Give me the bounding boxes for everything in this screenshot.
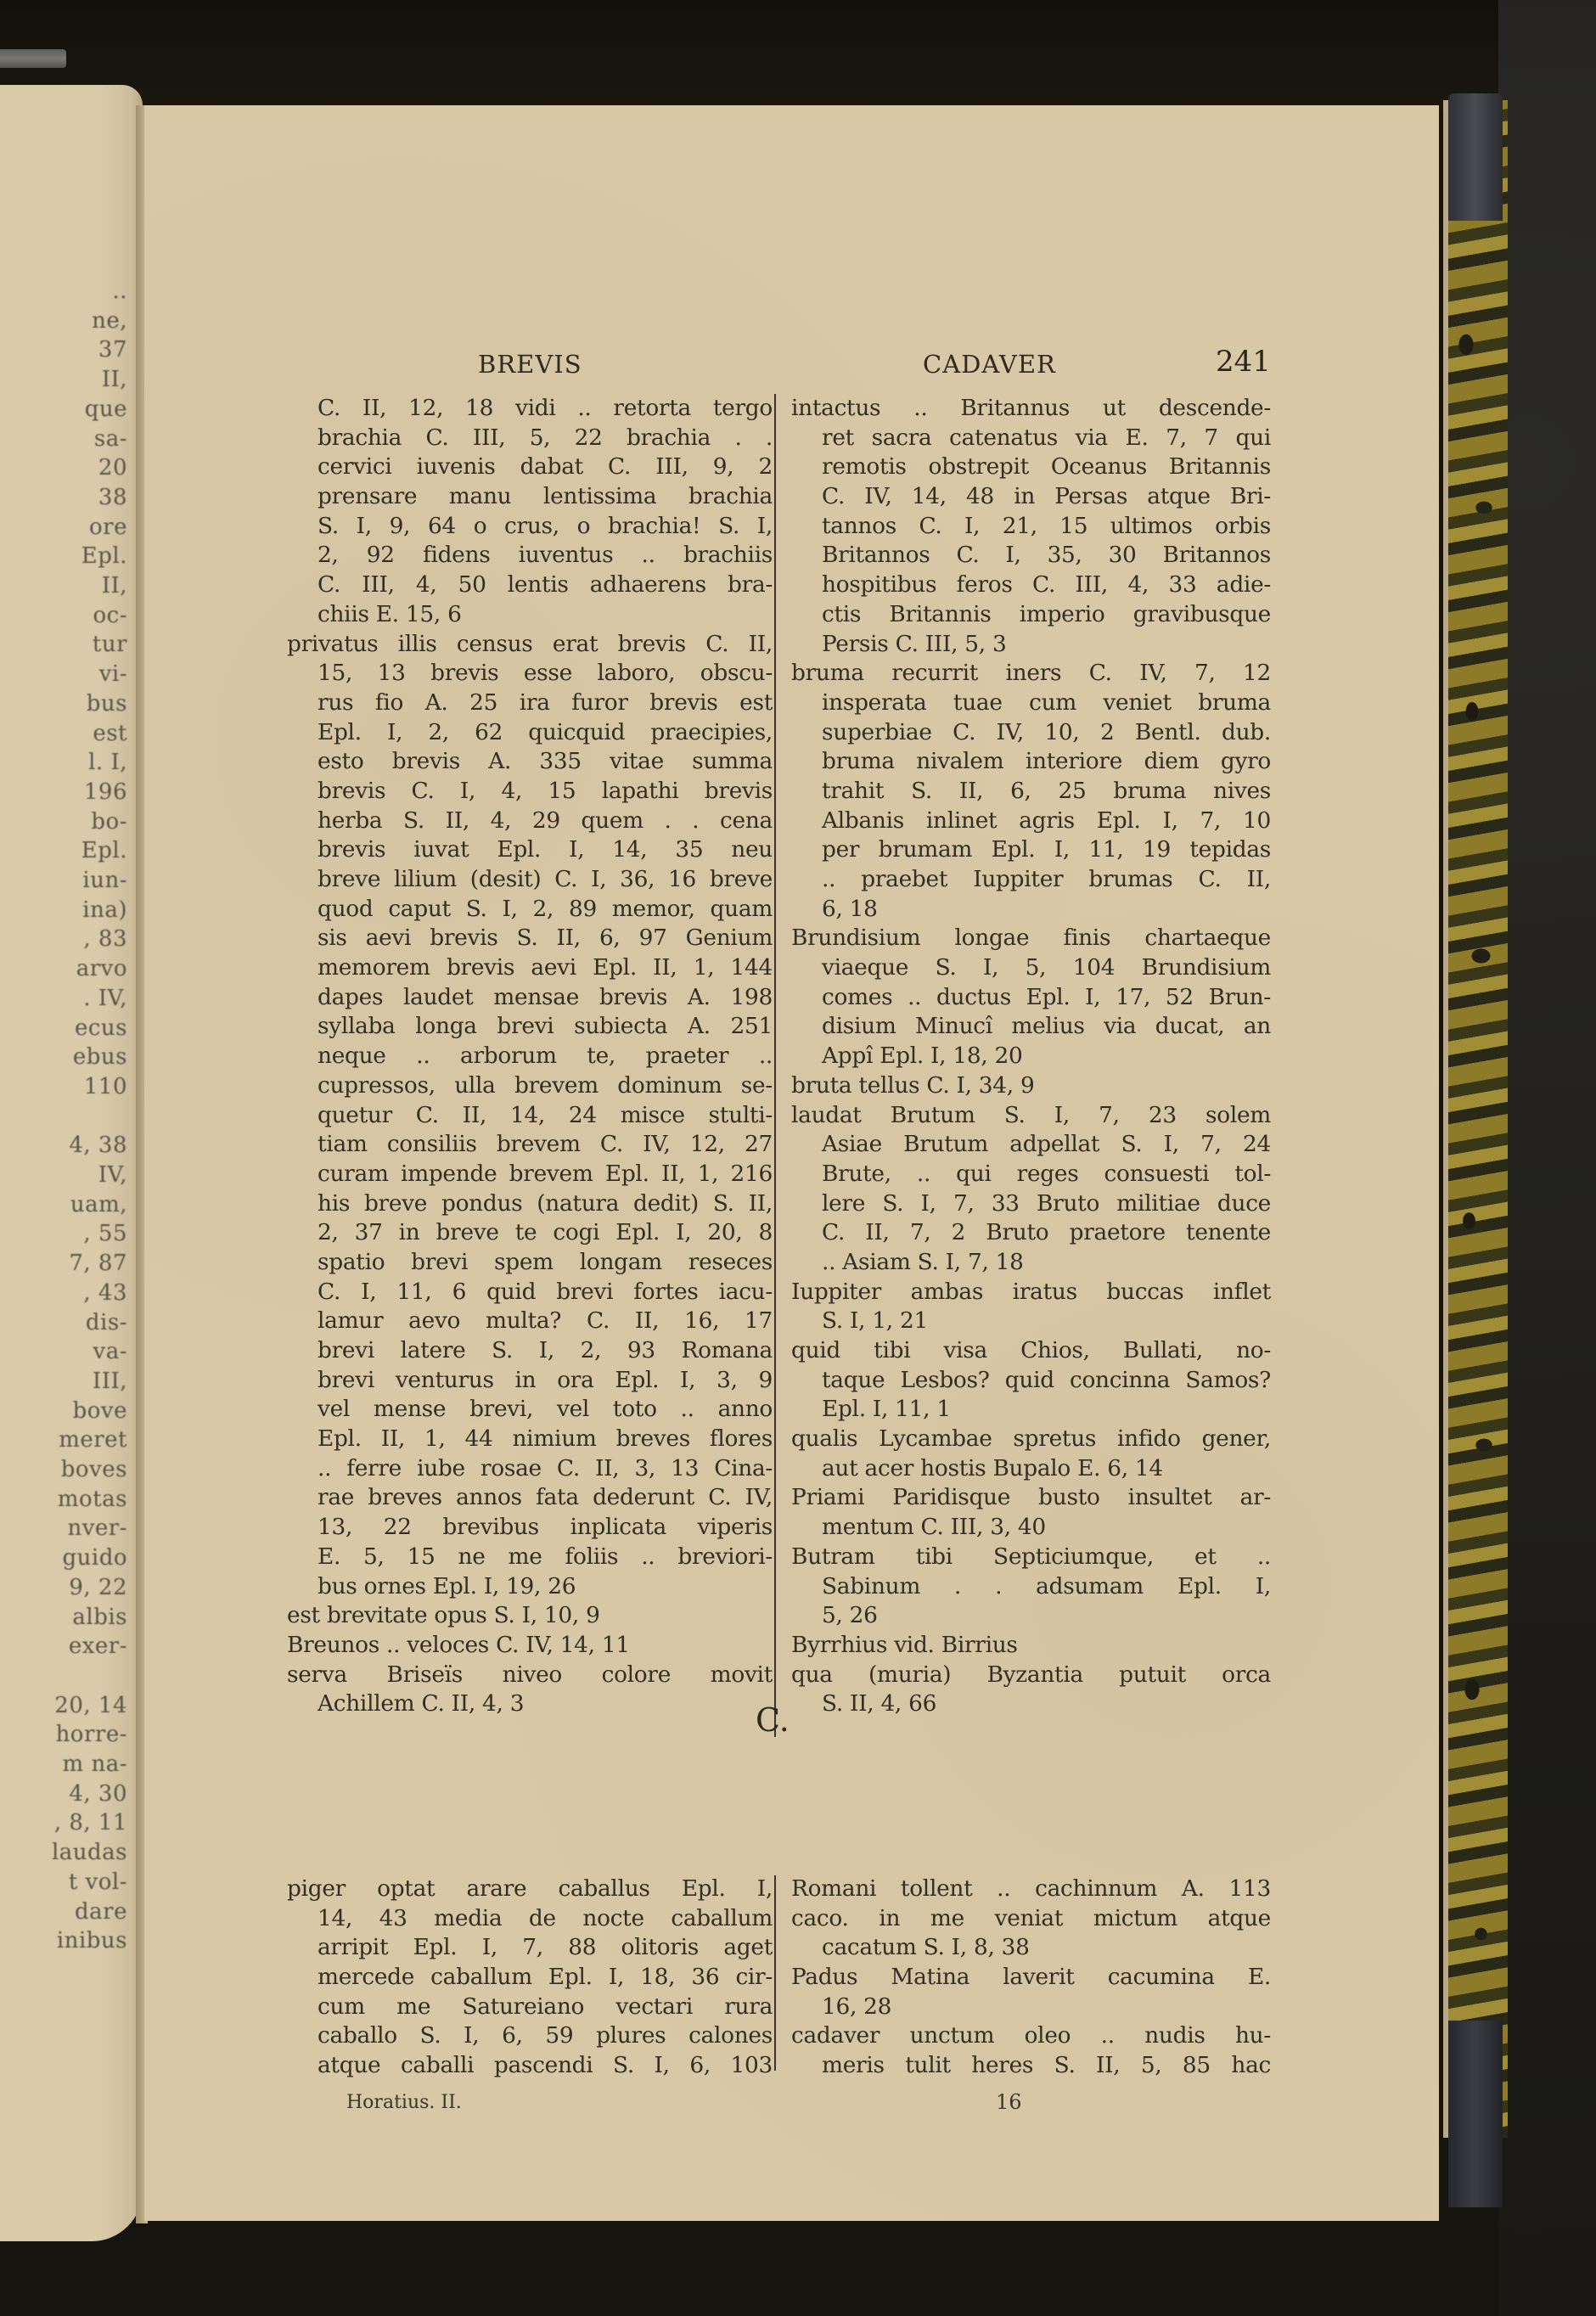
facing-page-text-fragment: 110 xyxy=(84,1074,127,1099)
text-line: Brute, .. qui reges consuesti tol- xyxy=(791,1160,1271,1189)
text-line: caco. in me veniat mictum atque xyxy=(791,1904,1271,1934)
column-rule-top xyxy=(774,394,776,1737)
text-line: cervici iuvenis dabat C. III, 9, 2 xyxy=(287,453,773,482)
text-line: vel mense brevi, vel toto .. anno xyxy=(287,1395,773,1425)
text-line: quetur C. II, 14, 24 misce stulti- xyxy=(287,1101,773,1131)
facing-page-text-fragment: m na- xyxy=(63,1751,127,1777)
page-number: 241 xyxy=(1216,345,1271,379)
facing-page-text-fragment: nver- xyxy=(67,1515,127,1541)
text-line: taque Lesbos? quid concinna Samos? xyxy=(791,1366,1271,1396)
text-line: curam impende brevem Epl. II, 1, 216 xyxy=(287,1160,773,1189)
text-line: neque .. arborum te, praeter .. xyxy=(287,1042,773,1071)
facing-page-text-fragment: oc- xyxy=(93,603,128,628)
text-line: qua (muria) Byzantia putuit orca xyxy=(791,1661,1271,1690)
text-line: 2, 92 fidens iuventus .. brachiis xyxy=(287,541,773,571)
column-left-bottom: piger optat arare caballus Epl. I,14, 43… xyxy=(287,1875,773,2081)
text-line: Britannos C. I, 35, 30 Britannos xyxy=(791,541,1271,571)
facing-page-text-fragment: ina) xyxy=(82,897,127,923)
facing-page-text-fragment: guido xyxy=(62,1545,127,1571)
text-line: lamur aevo multa? C. II, 16, 17 xyxy=(287,1307,773,1336)
text-line: bruma recurrit iners C. IV, 7, 12 xyxy=(791,659,1271,689)
facing-page-text-fragment: tur xyxy=(93,632,127,657)
text-line: S. I, 9, 64 o crus, o brachia! S. I, xyxy=(287,512,773,542)
footer-signature: Horatius. II. xyxy=(346,2092,462,2113)
text-line: 2, 37 in breve te cogi Epl. I, 20, 8 xyxy=(287,1218,773,1248)
text-line: .. praebet Iuppiter brumas C. II, xyxy=(791,865,1271,895)
text-line: Sabinum . . adsumam Epl. I, xyxy=(791,1572,1271,1602)
text-line: lere S. I, 7, 33 Bruto militiae duce xyxy=(791,1189,1271,1219)
text-line: Persis C. III, 5, 3 xyxy=(791,630,1271,660)
text-line: meris tulit heres S. II, 5, 85 hac xyxy=(791,2051,1271,2081)
text-line: piger optat arare caballus Epl. I, xyxy=(287,1875,773,1904)
text-line: cadaver unctum oleo .. nudis hu- xyxy=(791,2021,1271,2051)
facing-page-text-fragment: , 43 xyxy=(83,1280,127,1306)
facing-page-text-fragment: , 83 xyxy=(83,926,127,952)
facing-page-text-fragment: laudas xyxy=(52,1840,127,1865)
section-letter-heading: C. xyxy=(756,1701,790,1739)
text-line: Achillem C. II, 4, 3 xyxy=(287,1689,773,1719)
facing-page-text-fragment: inibus xyxy=(57,1928,127,1953)
text-line: esto brevis A. 335 vitae summa xyxy=(287,747,773,777)
facing-page-text-fragment: horre- xyxy=(56,1722,127,1747)
column-right-bottom: Romani tollent .. cachinnum A. 113caco. … xyxy=(791,1875,1271,2081)
text-line: Butram tibi Septiciumque, et .. xyxy=(791,1543,1271,1572)
text-line: cupressos, ulla brevem dominum se- xyxy=(287,1071,773,1101)
facing-page-text-fragment: II, xyxy=(102,573,127,599)
text-line: Byrrhius vid. Birrius xyxy=(791,1631,1271,1661)
text-line: sis aevi brevis S. II, 6, 97 Genium xyxy=(287,924,773,953)
text-line: insperata tuae cum veniet bruma xyxy=(791,689,1271,718)
text-line: Epl. I, 11, 1 xyxy=(791,1395,1271,1425)
text-line: Asiae Brutum adpellat S. I, 7, 24 xyxy=(791,1130,1271,1160)
text-line: S. I, 1, 21 xyxy=(791,1307,1271,1336)
running-head-right: CADAVER xyxy=(923,350,1056,379)
text-line: 14, 43 media de nocte caballum xyxy=(287,1904,773,1934)
book-cover xyxy=(1498,0,1596,2316)
facing-page-left: ..ne,37II,quesa-2038oreEpl.II,oc-turvi-b… xyxy=(0,85,143,2241)
text-line: Romani tollent .. cachinnum A. 113 xyxy=(791,1875,1271,1904)
facing-page-text-fragment: ore xyxy=(89,514,127,540)
text-line: syllaba longa brevi subiecta A. 251 xyxy=(287,1012,773,1042)
facing-page-text-fragment: ebus xyxy=(73,1044,127,1070)
text-line: chiis E. 15, 6 xyxy=(287,600,773,630)
text-line: per brumam Epl. I, 11, 19 tepidas xyxy=(791,835,1271,865)
column-left-top: C. II, 12, 18 vidi .. retorta tergobrach… xyxy=(287,394,773,1719)
text-line: caballo S. I, 6, 59 plures calones xyxy=(287,2021,773,2051)
text-line: C. I, 11, 6 quid brevi fortes iacu- xyxy=(287,1278,773,1307)
facing-page-text-fragment: ecus xyxy=(75,1015,127,1041)
text-line: E. 5, 15 ne me foliis .. breviori- xyxy=(287,1543,773,1572)
text-line: bruta tellus C. I, 34, 9 xyxy=(791,1071,1271,1101)
text-line: rae breves annos fata dederunt C. IV, xyxy=(287,1483,773,1513)
facing-page-text-fragment: Epl. xyxy=(81,838,127,863)
text-line: Iuppiter ambas iratus buccas inflet xyxy=(791,1278,1271,1307)
text-line: C. II, 7, 2 Bruto praetore tenente xyxy=(791,1218,1271,1248)
text-line: brevis C. I, 4, 15 lapathi brevis xyxy=(287,777,773,807)
text-line: his breve pondus (natura dedit) S. II, xyxy=(287,1189,773,1219)
text-line: rus fio A. 25 ira furor brevis est xyxy=(287,689,773,718)
facing-page-text-fragment: sa- xyxy=(94,426,127,452)
text-line: qualis Lycambae spretus infido gener, xyxy=(791,1425,1271,1454)
text-line: bus ornes Epl. I, 19, 26 xyxy=(287,1572,773,1602)
text-line: Priami Paridisque busto insultet ar- xyxy=(791,1483,1271,1513)
text-line: tannos C. I, 21, 15 ultimos orbis xyxy=(791,512,1271,542)
text-line: intactus .. Britannus ut descende- xyxy=(791,394,1271,424)
facing-page-text-fragment: motas xyxy=(58,1487,127,1512)
facing-page-text-fragment: iun- xyxy=(82,868,127,893)
text-line: atque caballi pascendi S. I, 6, 103 xyxy=(287,2051,773,2081)
text-line: 15, 13 brevis esse laboro, obscu- xyxy=(287,659,773,689)
text-line: ctis Britannis imperio gravibusque xyxy=(791,600,1271,630)
facing-page-text-fragment: dis- xyxy=(86,1310,127,1335)
facing-page-text-fragment: vi- xyxy=(99,661,127,687)
text-line: privatus illis census erat brevis C. II, xyxy=(287,630,773,660)
running-head-left: BREVIS xyxy=(478,350,582,379)
facing-page-text-fragment: l. I, xyxy=(88,750,127,775)
text-line: bruma nivalem interiore diem gyro xyxy=(791,747,1271,777)
facing-page-text-fragment: 20 xyxy=(98,455,127,481)
text-line: viaeque S. I, 5, 104 Brundisium xyxy=(791,953,1271,983)
spine-bottom xyxy=(1448,2021,1503,2207)
text-line: serva Briseïs niveo colore movit xyxy=(287,1661,773,1690)
text-line: mercede caballum Epl. I, 18, 36 cir- xyxy=(287,1963,773,1993)
text-line: prensare manu lentissima brachia xyxy=(287,482,773,512)
text-line: C. IV, 14, 48 in Persas atque Bri- xyxy=(791,482,1271,512)
facing-page-text-fragment: III, xyxy=(93,1369,127,1394)
facing-page-text-fragment: est xyxy=(93,721,127,746)
text-line: superbiae C. IV, 10, 2 Bentl. dub. xyxy=(791,718,1271,748)
facing-page-text-fragment: . IV, xyxy=(83,986,127,1011)
text-line: cum me Satureiano vectari rura xyxy=(287,1993,773,2022)
facing-page-text-fragment: exer- xyxy=(69,1633,127,1659)
facing-page-text-fragment: t vol- xyxy=(69,1869,127,1895)
page-241: BREVIS CADAVER 241 C. II, 12, 18 vidi ..… xyxy=(144,105,1439,2221)
text-line: memorem brevis aevi Epl. II, 1, 144 xyxy=(287,953,773,983)
facing-page-text-fragment: uam, xyxy=(70,1192,127,1217)
text-line: S. II, 4, 66 xyxy=(791,1689,1271,1719)
facing-page-text-fragment: ne, xyxy=(92,308,127,334)
facing-page-text-fragment: 9, 22 xyxy=(69,1575,127,1600)
text-line: 5, 26 xyxy=(791,1601,1271,1631)
text-line: Brundisium longae finis chartaeque xyxy=(791,924,1271,953)
facing-page-text-fragment: va- xyxy=(93,1339,127,1364)
facing-page-text-fragment: bove xyxy=(73,1398,127,1424)
facing-page-text-fragment: , 55 xyxy=(83,1221,127,1246)
dark-background xyxy=(0,0,1596,110)
text-line: brevis iuvat Epl. I, 14, 35 neu xyxy=(287,835,773,865)
text-line: trahit S. II, 6, 25 bruma nives xyxy=(791,777,1271,807)
text-line: C. III, 4, 50 lentis adhaerens bra- xyxy=(287,571,773,600)
facing-page-text-fragment: 196 xyxy=(84,779,127,805)
text-line: .. ferre iube rosae C. II, 3, 13 Cina- xyxy=(287,1454,773,1484)
text-line: brevi latere S. I, 2, 93 Romana xyxy=(287,1336,773,1366)
text-line: Epl. I, 2, 62 quicquid praecipies, xyxy=(287,718,773,748)
text-line: 13, 22 brevibus inplicata viperis xyxy=(287,1513,773,1543)
text-line: Albanis inlinet agris Epl. I, 7, 10 xyxy=(791,807,1271,836)
marbled-page-edge xyxy=(1443,100,1508,2138)
facing-page-text-fragment: Epl. xyxy=(81,543,127,569)
text-line: est brevitate opus S. I, 10, 9 xyxy=(287,1601,773,1631)
text-line: remotis obstrepit Oceanus Britannis xyxy=(791,453,1271,482)
text-line: Epl. II, 1, 44 nimium breves flores xyxy=(287,1425,773,1454)
spine-top xyxy=(1448,93,1503,221)
text-line: brachia C. III, 5, 22 brachia . . xyxy=(287,424,773,453)
text-line: disium Minucî melius via ducat, an xyxy=(791,1012,1271,1042)
facing-page-text-fragment: albis xyxy=(72,1605,127,1630)
text-line: hospitibus feros C. III, 4, 33 adie- xyxy=(791,571,1271,600)
bookmark-ribbon xyxy=(0,49,66,68)
facing-page-text-fragment: arvo xyxy=(76,956,127,981)
column-rule-bottom xyxy=(774,1875,776,2071)
facing-page-text-fragment: bus xyxy=(87,691,127,717)
text-line: quid tibi visa Chios, Bullati, no- xyxy=(791,1336,1271,1366)
text-line: aut acer hostis Bupalo E. 6, 14 xyxy=(791,1454,1271,1484)
text-line: arripit Epl. I, 7, 88 olitoris aget xyxy=(287,1933,773,1963)
facing-page-text-fragment: 37 xyxy=(98,337,127,363)
text-line: Appî Epl. I, 18, 20 xyxy=(791,1042,1271,1071)
facing-page-text-fragment: dare xyxy=(75,1899,127,1925)
text-line: tiam consiliis brevem C. IV, 12, 27 xyxy=(287,1130,773,1160)
text-line: quod caput S. I, 2, 89 memor, quam xyxy=(287,895,773,925)
text-line: dapes laudet mensae brevis A. 198 xyxy=(287,983,773,1013)
text-line: mentum C. III, 3, 40 xyxy=(791,1513,1271,1543)
book-photo: ..ne,37II,quesa-2038oreEpl.II,oc-turvi-b… xyxy=(0,0,1596,2316)
facing-page-text-fragment: 4, 30 xyxy=(69,1781,127,1807)
text-line: spatio brevi spem longam reseces xyxy=(287,1248,773,1278)
facing-page-text-fragment: 4, 38 xyxy=(69,1133,127,1158)
facing-page-text-fragment: que xyxy=(85,396,127,422)
facing-page-text-fragment: 7, 87 xyxy=(69,1251,127,1276)
facing-page-text-fragment: bo- xyxy=(91,809,127,835)
text-line: herba S. II, 4, 29 quem . . cena xyxy=(287,807,773,836)
text-line: 16, 28 xyxy=(791,1993,1271,2022)
text-line: .. Asiam S. I, 7, 18 xyxy=(791,1248,1271,1278)
column-right-top: intactus .. Britannus ut descende-ret sa… xyxy=(791,394,1271,1719)
text-line: Breunos .. veloces C. IV, 14, 11 xyxy=(287,1631,773,1661)
text-line: comes .. ductus Epl. I, 17, 52 Brun- xyxy=(791,983,1271,1013)
facing-page-text-fragment: meret xyxy=(59,1427,127,1453)
text-line: brevi venturus in ora Epl. I, 3, 9 xyxy=(287,1366,773,1396)
text-line: breve lilium (desit) C. I, 36, 16 breve xyxy=(287,865,773,895)
facing-page-text-fragment: , 8, 11 xyxy=(54,1810,127,1835)
facing-page-text-fragment: boves xyxy=(61,1457,127,1482)
footer-sheet-number: 16 xyxy=(996,2090,1022,2114)
text-line: 6, 18 xyxy=(791,895,1271,925)
facing-page-text-fragment: 20, 14 xyxy=(54,1693,127,1718)
text-line: Padus Matina laverit cacumina E. xyxy=(791,1963,1271,1993)
text-line: C. II, 12, 18 vidi .. retorta tergo xyxy=(287,394,773,424)
facing-page-text-fragment: II, xyxy=(102,367,127,392)
text-line: ret sacra catenatus via E. 7, 7 qui xyxy=(791,424,1271,453)
facing-page-text-fragment: 38 xyxy=(98,485,127,510)
text-line: cacatum S. I, 8, 38 xyxy=(791,1933,1271,1963)
text-line: laudat Brutum S. I, 7, 23 solem xyxy=(791,1101,1271,1131)
facing-page-text-fragment: IV, xyxy=(98,1162,127,1188)
facing-page-text-fragment: .. xyxy=(112,278,127,304)
